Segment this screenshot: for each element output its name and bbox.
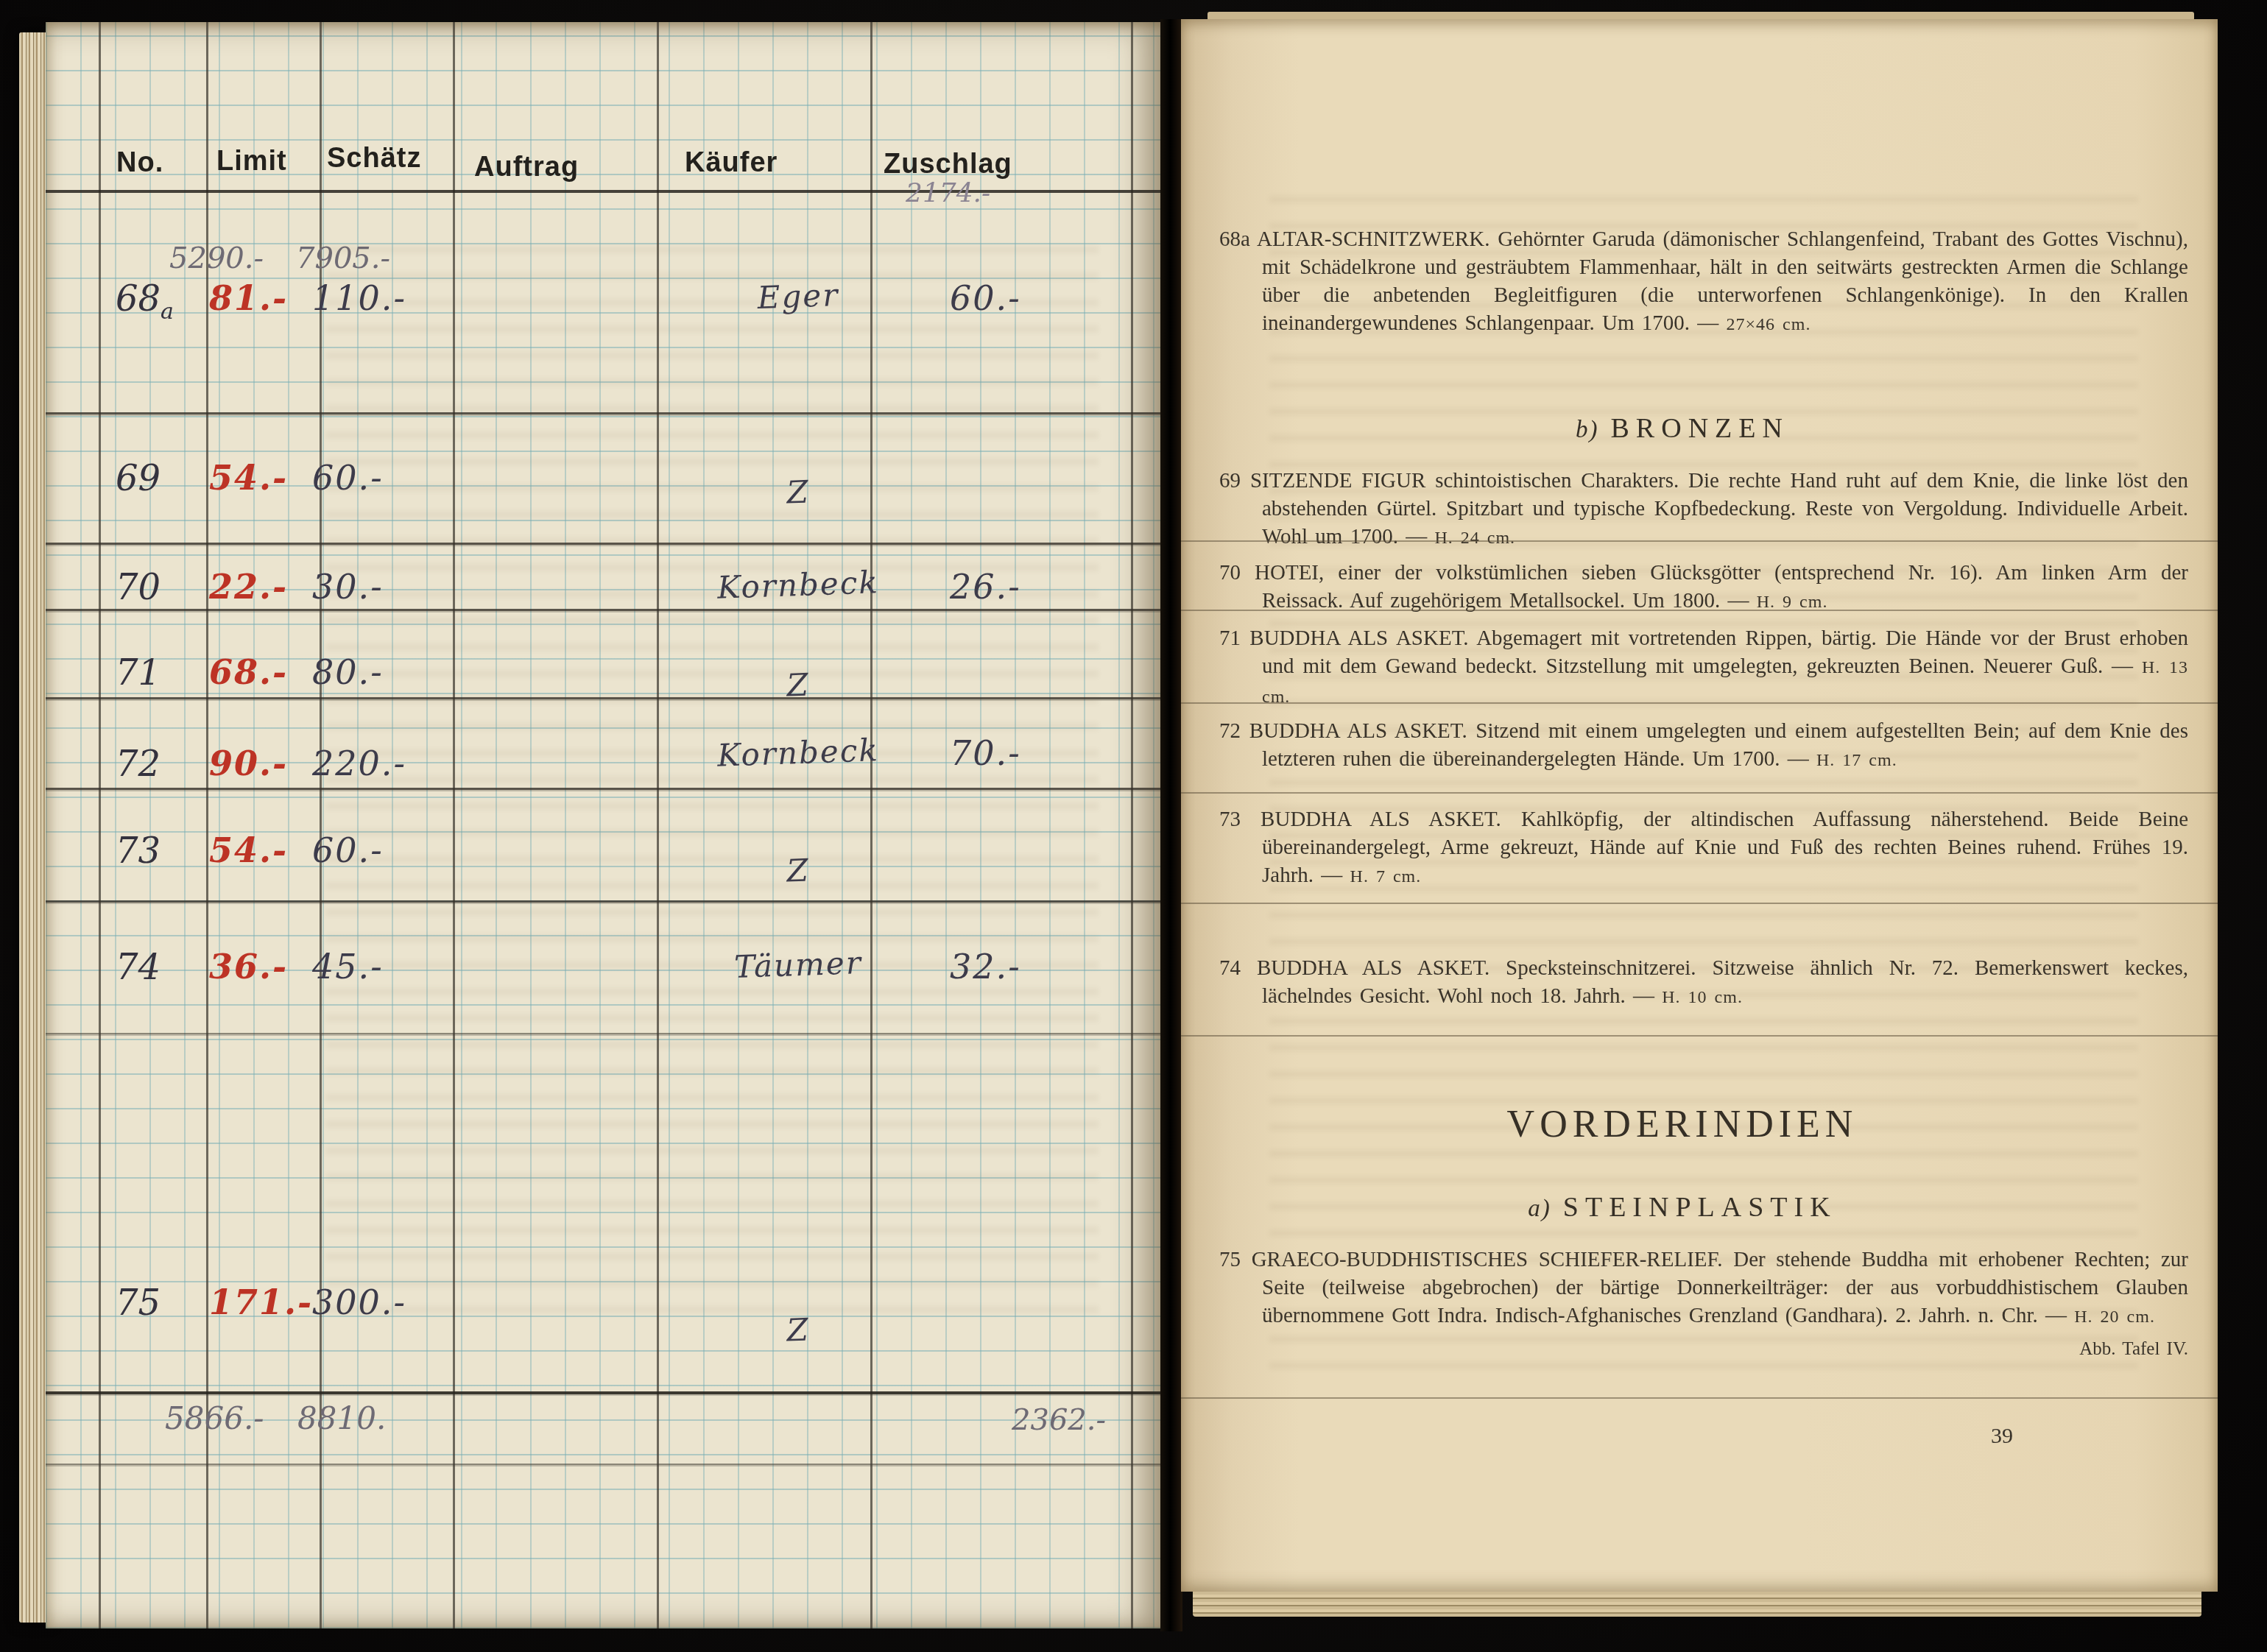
- row-no: 70: [116, 567, 161, 608]
- book-scan: No. Limit Schätz Auftrag Käufer Zuschlag…: [0, 0, 2267, 1652]
- entry-number: 75: [1219, 1248, 1241, 1271]
- row-separator: [46, 1464, 1165, 1465]
- row-no: 73: [116, 830, 161, 872]
- binding-gutter: [1160, 19, 1182, 1631]
- row-no: 68a: [116, 278, 174, 325]
- column-rule: [99, 22, 101, 1628]
- row-limit: 171.-: [209, 1282, 313, 1322]
- column-rule: [1131, 22, 1133, 1628]
- limit-pencil-68a: 5290.-: [169, 241, 264, 275]
- total-zuschlag: 2362.-: [1012, 1403, 1106, 1437]
- entry-number: 68a: [1219, 227, 1250, 251]
- row-limit: 90.-: [209, 744, 288, 783]
- footer-rule: [1181, 1397, 2218, 1399]
- total-schaetz: 8810.: [297, 1400, 386, 1436]
- ledger-header-kaeufer: Käufer: [685, 147, 778, 179]
- entry-number: 69: [1219, 469, 1241, 493]
- entry-number: 70: [1219, 561, 1241, 585]
- total-limit: 5866.-: [165, 1400, 264, 1436]
- page-edge-stack-bottom: [1193, 1592, 2201, 1617]
- catalog-page: 68a ALTAR-SCHNITZWERK. Gehörnter Garuda …: [1181, 19, 2218, 1592]
- header-underline: [46, 190, 1165, 193]
- ink-showthrough: [1269, 196, 2138, 1388]
- carry-forward-zuschlag: 2174.-: [906, 178, 990, 208]
- ledger-header-limit: Limit: [216, 146, 287, 177]
- row-no: 69: [116, 458, 161, 499]
- row-limit: 36.-: [209, 947, 288, 986]
- ledger-page: No. Limit Schätz Auftrag Käufer Zuschlag…: [46, 22, 1165, 1628]
- entry-number: 72: [1219, 719, 1241, 743]
- ledger-header-schaetz: Schätz: [327, 143, 421, 174]
- row-no: 72: [116, 744, 161, 785]
- row-limit: 54.-: [209, 458, 288, 498]
- row-limit: 54.-: [209, 830, 288, 870]
- ledger-header-zuschlag: Zuschlag: [884, 149, 1012, 180]
- row-no: 74: [116, 947, 161, 988]
- page-number: 39: [1991, 1424, 2013, 1449]
- entry-number: 74: [1219, 956, 1241, 980]
- row-no: 75: [116, 1282, 161, 1324]
- row-limit: 81.-: [209, 278, 288, 318]
- row-limit: 68.-: [209, 652, 288, 692]
- ledger-header-auftrag: Auftrag: [474, 152, 579, 183]
- entry-number: 71: [1219, 626, 1241, 650]
- row-limit: 22.-: [209, 567, 288, 607]
- totals-rule: [46, 1391, 1165, 1394]
- row-no: 71: [116, 652, 161, 693]
- entry-number: 73: [1219, 808, 1241, 831]
- ledger-header-no: No.: [116, 147, 163, 179]
- ink-showthrough: [325, 228, 1099, 1332]
